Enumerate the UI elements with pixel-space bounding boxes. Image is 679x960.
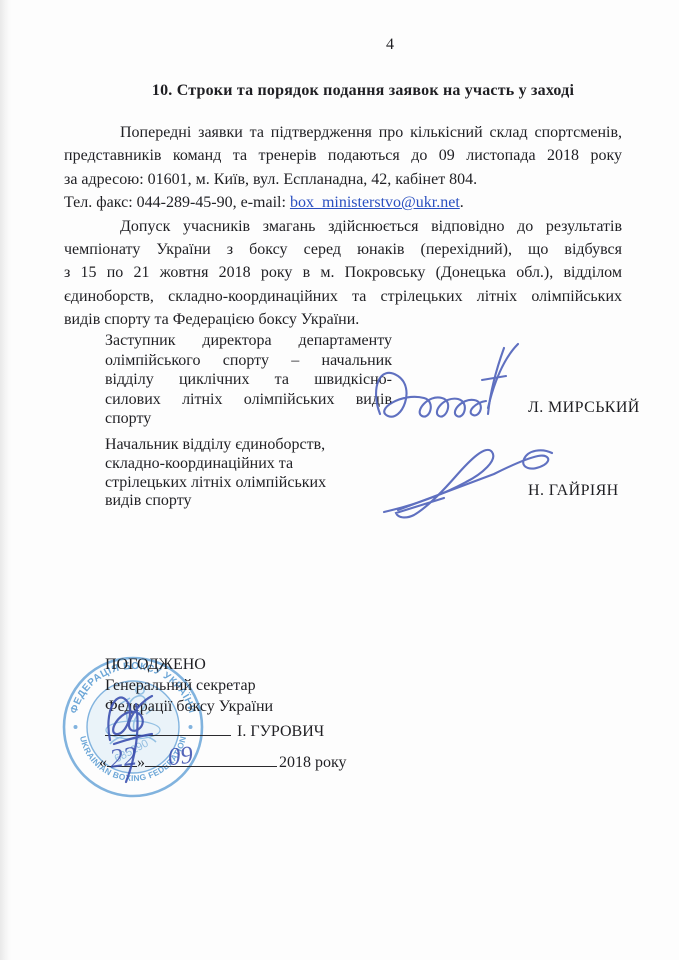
signatory-title-2: Начальник відділу єдиноборств, складно-к… — [105, 436, 392, 511]
handwritten-day: 22 — [108, 740, 139, 773]
text-line: видів спорту та Федерацією боксу України… — [64, 308, 622, 331]
text-line: силових літніх олімпійських видів — [105, 390, 392, 410]
page-number: 4 — [386, 36, 394, 54]
signatory-titles: Заступник директора департаменту олімпій… — [105, 331, 392, 511]
text-line: складно-координаційних та — [105, 455, 392, 474]
approval-label: ПОГОДЖЕНО — [105, 654, 405, 675]
handwritten-date-ink: 22 09 — [106, 736, 216, 776]
text-line: олімпійського спорту – начальник — [105, 351, 392, 371]
text-line: Начальник відділу єдиноборств, — [105, 436, 392, 455]
text-line: з 15 по 21 жовтня 2018 року в м. Покровс… — [64, 261, 622, 284]
contact-prefix: Тел. факс: 044-289-45-90, e-mail: — [64, 194, 290, 211]
text-line: відділу циклічних та швидкісно- — [105, 370, 392, 390]
text-line: спорту — [105, 409, 392, 429]
text-line: Допуск учасників змагань здійснюється ві… — [64, 215, 622, 238]
text-line: представників команд та тренерів подають… — [64, 144, 622, 167]
text-line: за адресою: 01601, м. Київ, вул. Есплана… — [64, 168, 622, 191]
text-line: видів спорту — [105, 492, 392, 511]
signature-ink-hairiyan — [380, 438, 562, 522]
signature-ink-myrskyi — [372, 336, 534, 438]
approval-name: І. ГУРОВИЧ — [237, 723, 324, 740]
body-text: Попередні заявки та підтвердження про кі… — [64, 121, 622, 332]
scanned-document-page: 4 10. Строки та порядок подання заявок н… — [0, 0, 679, 960]
signatory-title-1: Заступник директора департаменту олімпій… — [105, 331, 392, 429]
text-line: єдиноборств, складно-координаційних та с… — [64, 285, 622, 308]
signatory-name-myrskyi: Л. МИРСЬКИЙ — [528, 399, 640, 417]
contact-line: Тел. факс: 044-289-45-90, e-mail: box_mi… — [64, 191, 622, 214]
text-line: стрілецьких літніх олімпійських — [105, 474, 392, 493]
email-link[interactable]: box_ministerstvo@ukr.net — [290, 194, 460, 211]
date-year-text: 2018 року — [279, 754, 347, 771]
text-line: чемпіонату України з боксу серед юнаків … — [64, 238, 622, 261]
text-line: Попередні заявки та підтвердження про кі… — [64, 121, 622, 144]
contact-suffix: . — [460, 194, 464, 211]
section-heading: 10. Строки та порядок подання заявок на … — [84, 82, 642, 100]
text-line: Заступник директора департаменту — [105, 331, 392, 351]
handwritten-month: 09 — [166, 742, 194, 772]
